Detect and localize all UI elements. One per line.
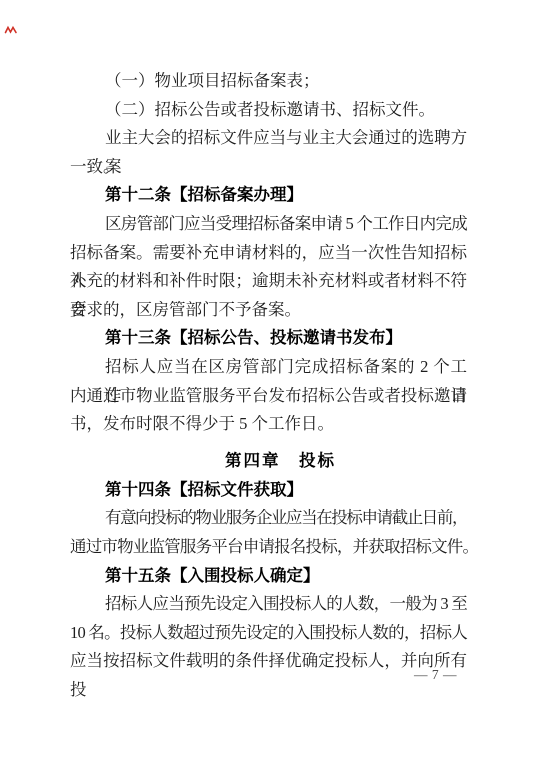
article-13-body-line-3: 书，发布时限不得少于 5 个工作日。 [70,410,467,439]
article-14-body-line-2: 通过市物业监管服务平台申请报名投标，并获取招标文件。 [70,533,467,562]
article-15-heading: 第十五条【入围投标人确定】 [70,562,467,591]
article-13-heading: 第十三条【招标公告、投标邀请书发布】 [70,324,467,353]
article-15-body-line-1: 招标人应当预先设定入围投标人的人数，一般为 3 至 [70,590,467,619]
article-12-body-line-3: 补充的材料和补件时限；逾期未补充材料或者材料不符合 [70,267,467,296]
document-page: （一）物业项目招标备案表； （二）招标公告或者投标邀请书、招标文件。 业主大会的… [0,0,540,763]
article-12-body-line-1: 区房管部门应当受理招标备案申请 5 个工作日内完成 [70,210,467,239]
chapter-4-heading: 第四章 投标 [82,447,479,476]
article-14-heading: 第十四条【招标文件获取】 [70,476,467,505]
article-15-body-line-3: 应当按招标文件载明的条件择优确定投标人，并向所有投 [70,647,467,676]
document-body: （一）物业项目招标备案表； （二）招标公告或者投标邀请书、招标文件。 业主大会的… [70,67,467,676]
list-item-1: （一）物业项目招标备案表； [70,67,467,96]
article-12-body-line-2: 招标备案。需要补充申请材料的，应当一次性告知招标人 [70,239,467,268]
list-item-2: （二）招标公告或者投标邀请书、招标文件。 [70,96,467,125]
article-13-body-line-2: 内通过市物业监管服务平台发布招标公告或者投标邀请 [70,382,467,411]
article-13-body-line-1: 招标人应当在区房管部门完成招标备案的 2 个工作日 [70,353,467,382]
article-14-body-line-1: 有意向投标的物业服务企业应当在投标申请截止日前， [70,504,467,533]
page-number: — 7 — [414,667,457,683]
article-15-body-line-2: 10 名。投标人数超过预先设定的入围投标人数的，招标人 [70,619,467,648]
red-annotation-mark [4,25,18,36]
article-12-heading: 第十二条【招标备案办理】 [70,181,467,210]
para-owner-meeting-line-1: 业主大会的招标文件应当与业主大会通过的选聘方案 [70,124,467,153]
article-12-body-line-4: 要求的，区房管部门不予备案。 [70,296,467,325]
para-owner-meeting-line-2: 一致。 [70,153,467,182]
